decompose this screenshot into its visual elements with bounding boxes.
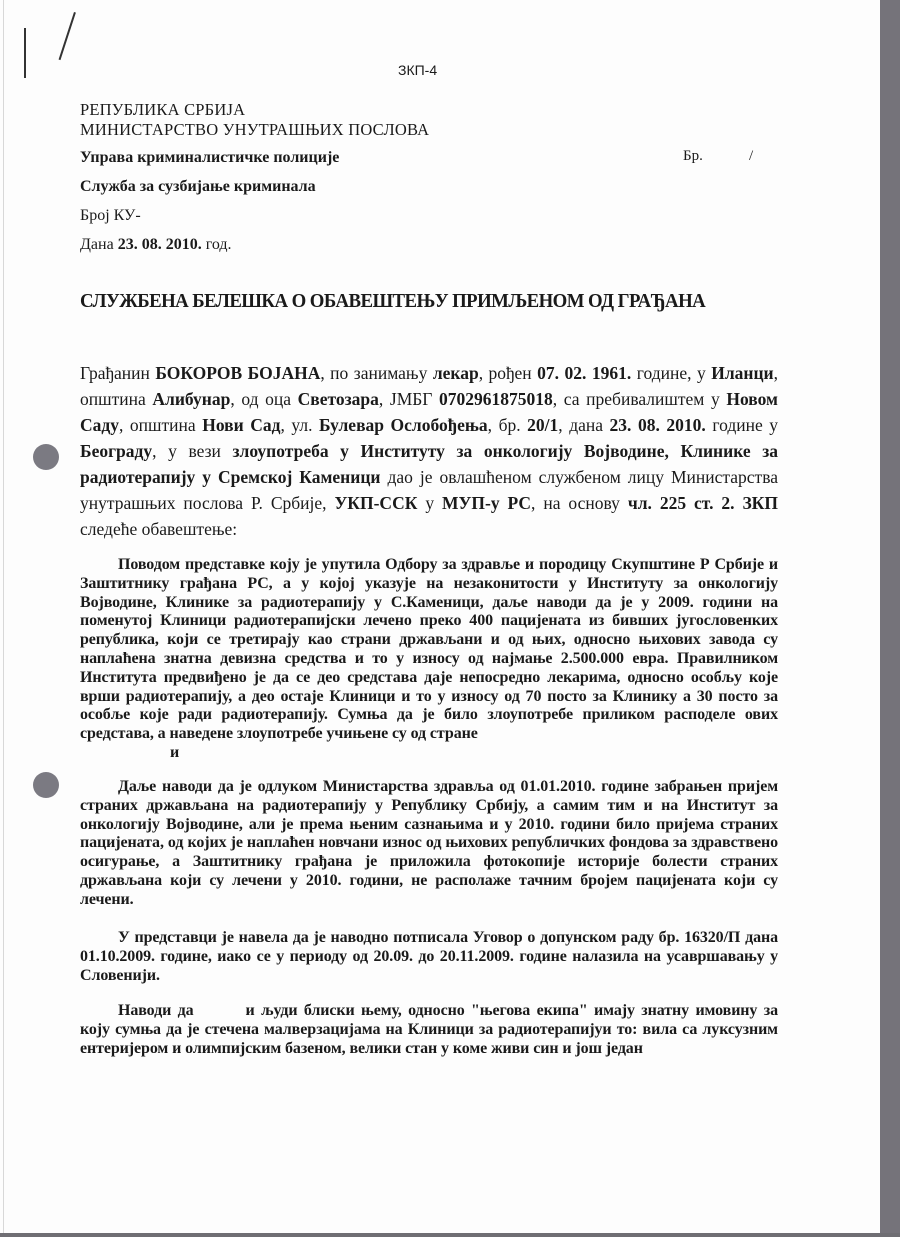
intro-text: у (417, 493, 442, 513)
intro-text: следеће обавештење: (80, 519, 237, 539)
paragraph-1: Поводом представке коју је упутила Одбор… (80, 556, 778, 763)
intro-bold-text: чл. 225 ст. 2. ЗКП (628, 493, 778, 513)
intro-bold-text: Булевар Ослобођења (319, 415, 488, 435)
scan-edge (3, 0, 4, 1237)
intro-text: године у (706, 415, 778, 435)
reference-slash: / (749, 148, 753, 165)
intro-bold-text: 07. 02. 1961. (537, 363, 631, 383)
letterhead: РЕПУБЛИКА СРБИЈА МИНИСТАРСТВО УНУТРАШЊИХ… (80, 100, 429, 256)
header-number: Број КУ- (80, 205, 429, 227)
intro-bold-text: 23. 08. 2010. (610, 415, 706, 435)
reference-label: Бр. (683, 148, 703, 165)
intro-bold-text: лекар (433, 363, 479, 383)
form-code: ЗКП-4 (398, 62, 437, 78)
intro-text: , општина (119, 415, 202, 435)
intro-text: Грађанин (80, 363, 155, 383)
intro-bold-text: МУП-у РС (442, 493, 531, 513)
intro-text: године, у (631, 363, 711, 383)
intro-bold-text: 20/1 (527, 415, 558, 435)
intro-text: , ЈМБГ (379, 389, 439, 409)
header-date: Дана 23. 08. 2010. год. (80, 234, 429, 256)
header-republic: РЕПУБЛИКА СРБИЈА (80, 100, 429, 120)
paragraph-3: У представци је навела да је наводно пот… (80, 929, 778, 985)
intro-text: , од оца (230, 389, 297, 409)
intro-text: , дана (558, 415, 609, 435)
header-ministry: МИНИСТАРСТВО УНУТРАШЊИХ ПОСЛОВА (80, 120, 429, 140)
intro-bold-text: Светозара (298, 389, 379, 409)
intro-text: , рођен (479, 363, 537, 383)
intro-text: , са пребивалиштем у (553, 389, 727, 409)
intro-bold-text: БОКОРОВ БОЈАНА (155, 363, 320, 383)
handwritten-mark (24, 28, 26, 78)
scan-border-right (880, 0, 900, 1237)
intro-bold-text: Алибунар (152, 389, 230, 409)
intro-text: , ул. (280, 415, 319, 435)
paragraph-4: Наводи даи људи блиски њему, односно "ње… (80, 1002, 778, 1058)
header-directorate: Управа криминалистичке полиције (80, 147, 429, 169)
scan-border-bottom (0, 1233, 900, 1237)
intro-text: , у вези (152, 441, 232, 461)
document-title: СЛУЖБЕНА БЕЛЕШКА О ОБАВЕШТЕЊУ ПРИМЉЕНОМ … (80, 290, 738, 313)
paragraph-2: Даље наводи да је одлуком Министарства з… (80, 778, 778, 910)
intro-bold-text: Нови Сад (202, 415, 280, 435)
intro-text: , на основу (531, 493, 628, 513)
intro-bold-text: УКП-ССК (334, 493, 417, 513)
intro-bold-text: 0702961875018 (439, 389, 553, 409)
intro-bold-text: Иланци (711, 363, 773, 383)
header-service: Служба за сузбијање криминала (80, 176, 429, 198)
intro-bold-text: Београду (80, 441, 152, 461)
handwritten-slash (59, 12, 76, 60)
intro-paragraph: Грађанин БОКОРОВ БОЈАНА, по занимању лек… (80, 360, 778, 542)
punch-hole-icon (33, 444, 59, 470)
intro-text: , по занимању (320, 363, 432, 383)
punch-hole-icon (33, 772, 59, 798)
intro-text: , бр. (488, 415, 528, 435)
